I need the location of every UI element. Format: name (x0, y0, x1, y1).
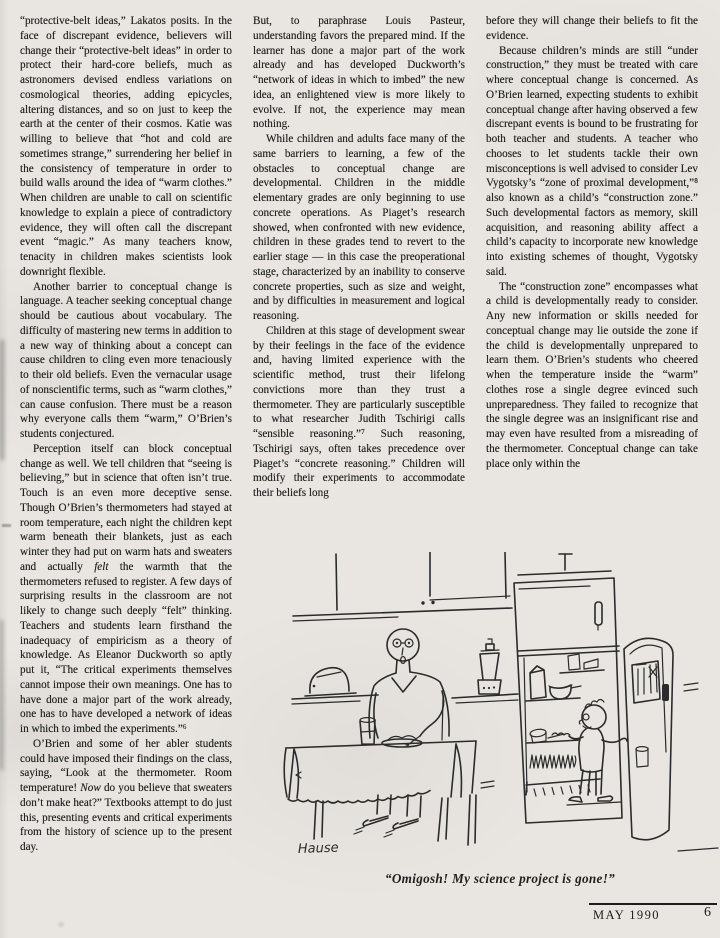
article-paragraph: before they will change their beliefs to… (486, 14, 698, 44)
article-paragraph: Another barrier to conceptual change is … (20, 280, 232, 442)
article-paragraph: But, to paraphrase Louis Pasteur, unders… (253, 14, 465, 132)
footer-page-number: 6 (704, 905, 711, 921)
cartoon-illustration: Hause (280, 552, 720, 882)
scan-artifact (0, 620, 3, 770)
footer-issue-date: MAY 1990 (593, 908, 660, 923)
toaster-icon (305, 668, 356, 696)
article-paragraph: While children and adults face many of t… (253, 132, 465, 324)
scan-artifact (2, 524, 11, 527)
blender-icon (478, 639, 501, 694)
kitchen-cabinets (293, 552, 611, 621)
text-column-1: “protective-belt ideas,” Lakatos posits.… (20, 14, 232, 855)
dining-table (284, 718, 476, 845)
cartoonist-signature: Hause (298, 841, 339, 857)
cartoon-figure: Hause “Omigosh! My science project is go… (280, 552, 720, 882)
refrigerator (514, 578, 622, 823)
footer-rule (589, 903, 717, 905)
article-paragraph: O’Brien and some of her abler students c… (20, 737, 232, 855)
scan-artifact (58, 922, 64, 927)
scan-artifact (0, 340, 4, 460)
article-paragraph: Children at this stage of development sw… (253, 324, 465, 501)
article-paragraph: Perception itself can block conceptual c… (20, 442, 232, 737)
fridge-door (624, 638, 673, 839)
article-paragraph: “protective-belt ideas,” Lakatos posits.… (20, 14, 232, 280)
article-paragraph: The “construction zone” encompasses what… (486, 280, 698, 472)
cartoon-caption: “Omigosh! My science project is gone!” (280, 871, 720, 887)
man-figure (369, 629, 449, 747)
article-paragraph: Because children’s minds are still “unde… (486, 44, 698, 280)
wall-marks (481, 683, 718, 851)
